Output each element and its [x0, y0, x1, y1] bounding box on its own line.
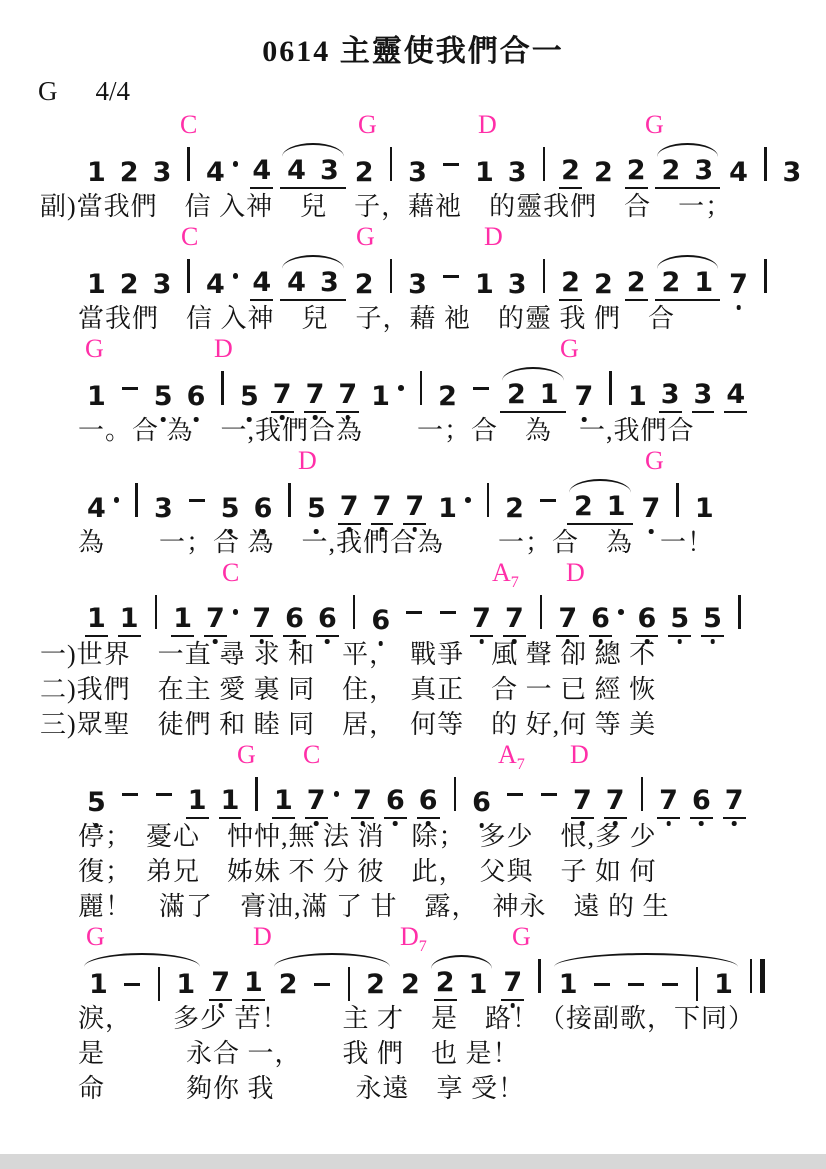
barline	[288, 483, 291, 517]
augmentation-dot	[233, 273, 239, 279]
low-octave-dot	[313, 415, 318, 420]
low-octave-dot	[565, 639, 570, 644]
augmentation-dot	[233, 161, 239, 167]
note: 7	[371, 493, 394, 525]
low-octave-dot	[259, 639, 264, 644]
note: 2	[364, 971, 387, 1001]
dash-note	[662, 983, 678, 986]
dash-note	[122, 793, 138, 796]
lyrics-line: 是 永合 一， 我 們 也 是！	[0, 1036, 826, 1071]
note: 3	[406, 271, 429, 301]
low-octave-dot	[261, 529, 266, 534]
note: 3	[692, 157, 715, 187]
dash-note	[189, 499, 205, 502]
note: 4	[250, 269, 273, 301]
note: 3	[692, 381, 715, 413]
note: 1	[174, 971, 197, 1001]
note: 5	[668, 605, 691, 637]
chord-label: G	[86, 924, 105, 950]
note: 7	[271, 381, 294, 413]
chord-label: D	[298, 448, 317, 474]
note: 3	[781, 159, 804, 189]
slur-group: 43	[280, 157, 346, 189]
note: 2	[353, 159, 376, 189]
low-octave-dot	[479, 639, 484, 644]
note: 1	[171, 605, 194, 637]
chord-row: GCA7D	[0, 742, 826, 769]
note: 6	[690, 787, 713, 819]
note: 7	[250, 605, 273, 637]
note: 7	[604, 787, 627, 819]
note: 7	[351, 787, 374, 819]
barline	[187, 147, 190, 181]
key-signature: G4/4	[0, 76, 826, 110]
barline	[764, 259, 767, 293]
low-octave-dot	[732, 821, 737, 826]
note: 1	[87, 971, 110, 1001]
note: 1	[85, 159, 108, 189]
note: 5	[152, 383, 175, 413]
chord-row: CA7D	[0, 560, 826, 587]
low-octave-dot	[412, 527, 417, 532]
chord-label: G	[358, 112, 377, 138]
page-title: 0614 主靈使我們合一	[0, 26, 826, 70]
lyrics-line: 命 夠你 我 永遠 享 受！	[0, 1071, 826, 1106]
chord-subscript: 7	[511, 574, 519, 591]
note: 1	[272, 787, 295, 819]
slur-group: 22	[272, 967, 392, 1001]
dash-note	[628, 983, 644, 986]
note: 6	[636, 605, 659, 637]
chord-row: DG	[0, 448, 826, 475]
notation-line: 1565777122171334	[0, 363, 826, 413]
time-signature: 4/4	[96, 76, 131, 106]
note: 5	[85, 789, 108, 819]
slur-group: 21	[655, 269, 721, 301]
note: 2	[353, 271, 376, 301]
dash-note	[156, 793, 172, 796]
chord-label: G	[237, 742, 256, 768]
dash-note	[124, 983, 140, 986]
low-octave-dot	[218, 1003, 223, 1008]
dash-note	[473, 387, 489, 390]
dash-note	[594, 983, 610, 986]
note: 7	[304, 381, 327, 413]
low-octave-dot	[736, 305, 741, 310]
chord-label: C	[303, 742, 320, 768]
note: 4	[204, 159, 227, 189]
notation-line: 43565777122171	[0, 475, 826, 525]
slur-arc	[274, 953, 390, 967]
note: 1	[242, 969, 265, 1001]
chord-label: D	[566, 560, 585, 586]
note: 7	[573, 383, 596, 413]
note: 4	[250, 157, 273, 189]
note: 2	[436, 383, 459, 413]
chord-label: G	[356, 224, 375, 250]
chord-label: C	[222, 560, 239, 586]
barline	[158, 967, 161, 1001]
low-octave-dot	[393, 821, 398, 826]
augmentation-dot	[114, 497, 120, 503]
low-octave-dot	[677, 639, 682, 644]
note: 4	[204, 271, 227, 301]
note: 7	[571, 787, 594, 819]
note: 7	[501, 969, 524, 1001]
note: 3	[152, 495, 175, 525]
low-octave-dot	[314, 529, 319, 534]
lyrics-line: 當我們 信 入神 兒 子，藉 祂 的靈 我 們 合	[0, 301, 826, 336]
barline	[641, 777, 644, 811]
slur-arc	[554, 953, 738, 967]
barline	[538, 959, 541, 993]
note: 2	[592, 271, 615, 301]
note: 6	[283, 605, 306, 637]
lyrics-line: 復； 弟兄 姊妹 不 分 彼 此， 父與 子 如 何	[0, 854, 826, 889]
note: 7	[727, 271, 750, 301]
low-octave-dot	[280, 415, 285, 420]
chord-subscript: 7	[419, 938, 427, 955]
note: 3	[659, 381, 682, 413]
dash-note	[443, 275, 459, 278]
note: 1	[692, 269, 715, 299]
low-octave-dot	[345, 415, 350, 420]
final-barline	[750, 959, 765, 993]
barline	[454, 777, 457, 811]
note: 3	[506, 271, 529, 301]
lyrics-line: 一。合 為 一,我們合為 一；合 為 一,我們合	[0, 413, 826, 448]
slur-group: 43	[280, 269, 346, 301]
dash-note	[540, 499, 556, 502]
note: 1	[693, 495, 716, 525]
chord-label: A7	[492, 560, 519, 591]
low-octave-dot	[479, 823, 484, 828]
low-octave-dot	[292, 639, 297, 644]
music-system: GCA7D51117766677767停； 憂心 忡忡,無 法 消 除； 多少 …	[0, 742, 826, 924]
slur-group: 21	[567, 493, 633, 525]
note: 6	[252, 495, 275, 525]
dash-note	[507, 793, 523, 796]
low-octave-dot	[510, 1003, 515, 1008]
note: 1	[85, 383, 108, 413]
barline	[420, 371, 423, 405]
note: 1	[85, 605, 108, 637]
note: 2	[503, 495, 526, 525]
note: 7	[204, 605, 227, 637]
slur-group: 21	[500, 381, 566, 413]
note: 3	[151, 271, 174, 301]
note: 1	[712, 971, 735, 1001]
low-octave-dot	[347, 527, 352, 532]
barline	[390, 147, 393, 181]
note: 2	[660, 157, 683, 187]
low-octave-dot	[380, 527, 385, 532]
chord-row: CGD	[0, 224, 826, 251]
low-octave-dot	[512, 639, 517, 644]
note: 3	[406, 159, 429, 189]
note: 6	[384, 787, 407, 819]
note: 1	[626, 383, 649, 413]
barline	[487, 483, 490, 517]
chord-label: A7	[498, 742, 525, 773]
music-system: CGD12344432313222217當我們 信 入神 兒 子，藉 祂 的靈 …	[0, 224, 826, 336]
note: 6	[185, 383, 208, 413]
note: 2	[592, 159, 615, 189]
lyrics-line: 副)當我們 信 入神 兒 子，藉祂 的靈我們 合 一；	[0, 189, 826, 224]
note: 1	[473, 159, 496, 189]
note: 6	[316, 605, 339, 637]
chord-row: GDD7G	[0, 924, 826, 951]
barline	[609, 371, 612, 405]
barline	[764, 147, 767, 181]
low-octave-dot	[649, 529, 654, 534]
slur-group: 11	[552, 967, 740, 1001]
barline	[738, 595, 741, 629]
dash-note	[314, 983, 330, 986]
chord-row: CGDG	[0, 112, 826, 139]
low-octave-dot	[666, 821, 671, 826]
low-octave-dot	[582, 417, 587, 422]
note: 1	[118, 605, 141, 637]
note: 7	[209, 969, 232, 1001]
barline	[135, 483, 138, 517]
dash-note	[122, 387, 138, 390]
music-system: DG43565777122171為 一；合 為 一,我們合為 一；合 為 一！	[0, 448, 826, 560]
chord-label: G	[645, 448, 664, 474]
barline	[696, 967, 699, 1001]
chord-label: G	[85, 336, 104, 362]
note: 6	[417, 787, 440, 819]
augmentation-dot	[618, 609, 624, 615]
low-octave-dot	[161, 417, 166, 422]
music-system: GDG1565777122171334一。合 為 一,我們合為 一；合 為 一,…	[0, 336, 826, 448]
note: 3	[318, 269, 341, 299]
note: 3	[318, 157, 341, 187]
note: 1	[557, 971, 580, 1001]
low-octave-dot	[645, 639, 650, 644]
lyrics-line: 麗！ 滿了 膏油,滿 了 甘 露， 神永 遠 的 生	[0, 889, 826, 924]
note: 7	[470, 605, 493, 637]
chord-label: D	[214, 336, 233, 362]
lyrics-line: 一)世界 一直 尋 求 和 平， 戰爭 風 聲 卻 總 不	[0, 637, 826, 672]
chord-label: D	[570, 742, 589, 768]
chord-label: G	[560, 336, 579, 362]
augmentation-dot	[465, 497, 471, 503]
chord-label: C	[180, 112, 197, 138]
note: 4	[285, 269, 308, 299]
note: 3	[151, 159, 174, 189]
augmentation-dot	[334, 791, 340, 797]
slur-group: 23	[655, 157, 721, 189]
barline	[255, 777, 258, 811]
note: 7	[336, 381, 359, 413]
note: 5	[238, 383, 261, 413]
chord-label: G	[645, 112, 664, 138]
low-octave-dot	[228, 529, 233, 534]
barline	[543, 259, 546, 293]
note: 1	[436, 495, 459, 525]
music-system: CA7D111776667776655一)世界 一直 尋 求 和 平， 戰爭 風…	[0, 560, 826, 742]
low-octave-dot	[247, 417, 252, 422]
low-octave-dot	[378, 641, 383, 646]
note: 7	[556, 605, 579, 637]
barline	[676, 483, 679, 517]
low-octave-dot	[710, 639, 715, 644]
note: 6	[589, 605, 612, 637]
low-octave-dot	[598, 639, 603, 644]
low-octave-dot	[613, 821, 618, 826]
note: 7	[657, 787, 680, 819]
note: 2	[572, 493, 595, 523]
note: 7	[723, 787, 746, 819]
barline	[543, 147, 546, 181]
note: 1	[219, 787, 242, 819]
slur-group: 11	[82, 967, 202, 1001]
note: 7	[305, 787, 328, 819]
slur-group: 21	[429, 969, 495, 1001]
note: 2	[434, 969, 457, 1001]
chord-label: D	[478, 112, 497, 138]
note: 1	[538, 381, 561, 411]
chord-label: D	[253, 924, 272, 950]
note: 7	[640, 495, 663, 525]
low-octave-dot	[360, 821, 365, 826]
note: 4	[85, 495, 108, 525]
lyrics-line: 淚， 多少 苦！ 主 才 是 路！（接副歌，下同）	[0, 1001, 826, 1036]
note: 5	[219, 495, 242, 525]
note: 7	[403, 493, 426, 525]
music-system: CGDG123444323132222343副)當我們 信 入神 兒 子，藉祂 …	[0, 112, 826, 224]
note: 6	[470, 789, 493, 819]
notation-line: 12344432313222217	[0, 251, 826, 301]
barline	[353, 595, 356, 629]
note: 5	[305, 495, 328, 525]
slur-arc	[84, 953, 200, 967]
bottom-bar	[0, 1154, 826, 1169]
sheet-music-page: 0614 主靈使我們合一 G4/4 CGDG123444323132222343…	[0, 0, 826, 1169]
chord-row: GDG	[0, 336, 826, 363]
note: 2	[505, 381, 528, 411]
note: 2	[118, 159, 141, 189]
music-system: GDD7G117122221711淚， 多少 苦！ 主 才 是 路！（接副歌，下…	[0, 924, 826, 1106]
note: 2	[559, 269, 582, 301]
note: 1	[85, 271, 108, 301]
notation-line: 51117766677767	[0, 769, 826, 819]
note: 4	[724, 381, 747, 413]
note: 3	[506, 159, 529, 189]
barline	[155, 595, 158, 629]
dash-note	[440, 611, 456, 614]
note: 2	[399, 971, 422, 1001]
barline	[540, 595, 543, 629]
note: 4	[727, 159, 750, 189]
notation-line: 111776667776655	[0, 587, 826, 637]
lyrics-line: 三)眾聖 徒們 和 睦 同 居， 何等 的 好,何 等 美	[0, 707, 826, 742]
dash-note	[541, 793, 557, 796]
chord-label: D7	[400, 924, 427, 955]
lyrics-line: 二)我們 在主 愛 裏 同 住， 真正 合 一 已 經 恢	[0, 672, 826, 707]
note: 7	[338, 493, 361, 525]
note: 5	[701, 605, 724, 637]
low-octave-dot	[314, 821, 319, 826]
note: 4	[285, 157, 308, 187]
low-octave-dot	[426, 821, 431, 826]
note: 1	[605, 493, 628, 523]
barline	[187, 259, 190, 293]
dash-note	[406, 611, 422, 614]
note: 1	[186, 787, 209, 819]
note: 6	[369, 607, 392, 637]
note: 2	[660, 269, 683, 299]
augmentation-dot	[398, 385, 404, 391]
note: 1	[369, 383, 392, 413]
low-octave-dot	[94, 823, 99, 828]
barline	[221, 371, 224, 405]
low-octave-dot	[213, 639, 218, 644]
note: 2	[277, 971, 300, 1001]
dash-note	[443, 163, 459, 166]
notation-line: 123444323132222343	[0, 139, 826, 189]
note: 7	[503, 605, 526, 637]
low-octave-dot	[194, 417, 199, 422]
low-octave-dot	[699, 821, 704, 826]
chord-label: D	[484, 224, 503, 250]
score: CGDG123444323132222343副)當我們 信 入神 兒 子，藉祂 …	[0, 112, 826, 1106]
barline	[390, 259, 393, 293]
augmentation-dot	[233, 609, 239, 615]
notation-line: 117122221711	[0, 951, 826, 1001]
key-letter: G	[38, 76, 58, 106]
note: 2	[118, 271, 141, 301]
chord-label: C	[181, 224, 198, 250]
note: 2	[625, 157, 648, 189]
chord-subscript: 7	[517, 756, 525, 773]
note: 1	[467, 971, 490, 1001]
note: 2	[559, 157, 582, 189]
chord-label: G	[512, 924, 531, 950]
note: 2	[625, 269, 648, 301]
low-octave-dot	[580, 821, 585, 826]
low-octave-dot	[325, 639, 330, 644]
note: 1	[473, 271, 496, 301]
barline	[348, 967, 351, 1001]
